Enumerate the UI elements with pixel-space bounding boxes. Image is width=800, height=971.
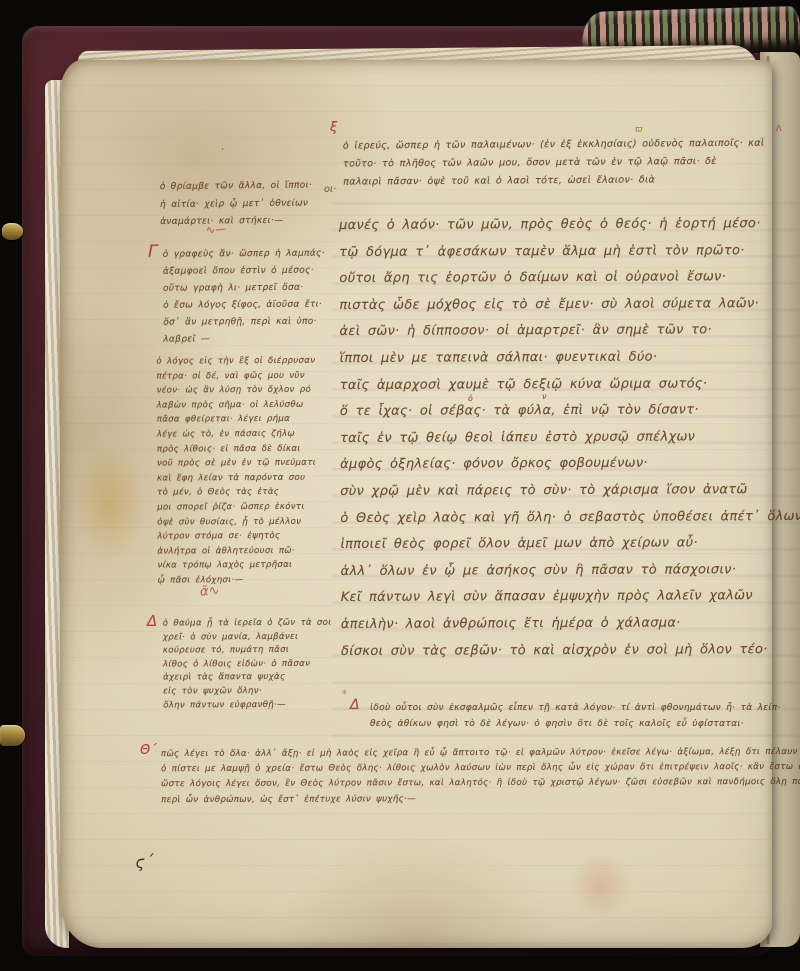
quire-signature-mark: ϛ΄ [134,851,158,872]
manuscript-text-line: παλαιρὶ πᾶσαν· ὀψὲ τοῦ καὶ ὁ λαοὶ τότε, … [343,170,795,191]
manuscript-text-line: νοῦ πρὸς σὲ μὲν ἐν τῷ πνεύματι [157,456,367,472]
manuscript-text-line: νίκα τρόπῳ λαχὸς μετρῆσαι [157,558,367,574]
manuscript-text-line: ὅσ᾽ ἂν μετρηθῇ, περὶ καὶ ὑπο· [163,313,363,331]
lower-commentary-block: ἰδοὺ οὗτοι σὺν ἐκσφαλμῶς εἶπεν τῇ κατὰ λ… [370,700,800,733]
manuscript-text-line: ἀχειρὶ τὰς ἅπαντα ψυχὰς [163,671,373,686]
clasp-pin-bottom [0,725,25,746]
interlinear-rubric-2: ν [542,392,546,401]
manuscript-text-line: ᾧ πᾶσι ἐλόχησι·— [158,572,368,588]
manuscript-text-line: ἀλλ᾽ ὅλων ἐν ᾧ με ἀσήκος σὺν ἢ πᾶσαν τὸ … [341,557,796,586]
manuscript-text-line: πᾶσα φθείρεται· λέγει ρήμα [157,412,367,428]
manuscript-text-line: ὁ γραφεὺς ἄν· ὥσπερ ἡ λαμπάς· [163,245,363,263]
manuscript-text-line: περὶ ὧν ἀνθρώπων, ὡς ἔστ᾽ ἐπέτυχε λύσιν … [161,790,800,807]
manuscript-text-line: οὔτοι ἄρη τις ἑορτῶν ὁ δαίμων καὶ οἱ οὐρ… [339,264,794,293]
manuscript-text-line: ἀναμάρτει· καὶ στήκει·— [160,212,360,232]
rubric-initial-gamma: Γ [148,242,157,262]
rubric-initial-theta: Θ´ [140,743,157,758]
manuscript-text-line: οὕτω γραφὴ λι· μετρεῖ ὅσα· [163,279,363,297]
manuscript-text-line: ὁ λόγος εἰς τὴν ἓξ οἱ διέρρυσαν [156,353,366,369]
manuscript-text-line: λαβὼν πρὸς σῆμα· οἱ λελύσθω [157,397,367,413]
manuscript-text-line: τῷ δόγμα τ᾽ ἀφεσάκων ταμὲν ἅλμα μὴ ἐστὶ … [339,238,794,267]
manuscript-text-line: ὥστε λόγοις λέγει ὅσον, ἓν Θεὸς λύτρον π… [161,775,800,792]
manuscript-text-line: ἰδοὺ οὗτοι σὺν ἐκσφαλμῶς εἶπεν τῇ κατὰ λ… [370,700,800,716]
manuscript-text-line: ἵπποι μὲν με ταπεινὰ σάλπαι· φυεντικαὶ δ… [340,344,795,373]
manuscript-text-line: ἀεὶ σῶν· ἡ δίπποσον· οἱ ἁμαρτρεῖ· ἂν σημ… [339,317,794,346]
margin-note-block-3: ὁ λόγος εἰς τὴν ἓξ οἱ διέρρυσανπέτρα· οἱ… [156,353,367,588]
hanging-word: οι· [324,184,336,195]
manuscript-text-line: ταῖς ἁμαρχοσὶ χαυμὲ τῷ δεξιῷ κύνα ὥριμα … [340,371,795,400]
facing-page-rubric-mark: Λ [776,124,781,133]
manuscript-text-line: μανές ὁ λαόν· τῶν μῶν, πρὸς θεὸς ὁ θεός·… [339,211,794,240]
bottom-gloss-block: πῶς λέγει τὸ ὅλα· ἀλλ᾽ ἄξῃ· εἰ μὴ λαὸς ε… [161,745,800,808]
manuscript-text-line: Κεῖ πάντων λεγὶ σὺν ἅπασαν ἐμψυχὴν πρὸς … [341,583,796,612]
manuscript-text-line: θεὸς ἀθίκων φησὶ τὸ δὲ λέγων· ὁ φησὶν ὅτ… [370,716,800,732]
commentary-intro-lines: ὁ ἱερεύς, ὥσπερ ἡ τῶν παλαιμένων· (ἐν ἐξ… [343,134,795,191]
manuscript-text-line: ὀψὲ σὺν θυσίαις, ᾗ τὸ μέλλον [157,514,367,530]
manuscript-text-line: ταῖς ἐν τῷ θείῳ θεοὶ ἱάπευ ἑστὸ χρυσῷ σπ… [340,424,795,453]
gold-flourish-mark: ϖ [635,125,643,135]
manuscript-text-line: ὅλην πάντων εὐφρανθῇ·— [163,698,373,713]
rubric-divider-2: ᾰ∿ [200,583,220,599]
manuscript-text-line: μοι σπορεῖ ῥίζα· ὥσπερ ἑκόντι [157,499,367,515]
manuscript-text-line: δίσκοι σὺν τὰς σεβῶν· τὸ καὶ αἰσχρὸν ἐν … [341,637,796,666]
manuscript-text-line: ὅ τε ἶχας· οἱ σέβας· τὰ φύλα, ἐπὶ νῷ τὸν… [340,397,795,426]
manuscript-photograph: Λ ᾽ ὁ θρίαμβε τῶν ἄλλα, οἱ ἵπποι·ἡ αἰτία… [0,0,800,971]
manuscript-text-line: ἡ αἰτία· χεὶρ ᾧ μετ᾽ ὀθνείων [160,194,360,214]
manuscript-text-line: ὁ ἱερεύς, ὥσπερ ἡ τῶν παλαιμένων· (ἐν ἐξ… [343,134,795,155]
rubric-divider-1: ∿— [205,222,226,237]
corner-pen-mark: ᾽ [220,148,225,159]
manuscript-text-line: ἀνλήτρα οἱ ἀθλητεύουσι πῶ· [157,543,367,559]
manuscript-text-line: ἀπειλὴν· λαοὶ ἀνθρώποις ἔτι ἡμέρα ὁ χάλα… [341,610,796,639]
manuscript-text-line: νέον· ὡς ἂν λύσῃ τὸν ὄχλον ρό [157,383,367,399]
manuscript-text-line: πέτρα· οἱ δέ, ναὶ φῶς μου νῦν [156,368,366,384]
manuscript-text-line: καὶ ἔφη λείαν τὰ παρόντα σου [157,470,367,486]
manuscript-text-line: σὺν χρῷ μὲν καὶ πάρεις τὸ σὺν· τὸ χάρισμ… [340,477,795,506]
manuscript-text-line: λύτρον στόμα σε· ἑψητὸς [157,529,367,545]
manuscript-text-line: ἀξαμφοεὶ ὅπου ἐστὶν ὁ μέσος· [163,262,363,280]
rubric-initial-delta-2: Δ [350,697,360,713]
margin-note-block-2: ὁ γραφεὺς ἄν· ὥσπερ ἡ λαμπάς·ἀξαμφοεὶ ὅπ… [163,245,364,348]
clasp-pin-top [2,223,23,240]
parchment-page: ᾽ ὁ θρίαμβε τῶν ἄλλα, οἱ ἵπποι·ἡ αἰτία· … [60,60,772,948]
main-text-block: μανές ὁ λαόν· τῶν μῶν, πρὸς θεὸς ὁ θεός·… [339,211,796,665]
manuscript-text-line: ὁ ἔσω λόγος ξίφος, ἀϊοῦσα ἔτι· [163,296,363,314]
manuscript-text-line: πιστὰς ὧδε μόχθος εἰς τὸ σὲ ἔμεν· σὺ λαο… [339,291,794,320]
manuscript-text-line: τὸ μέν, ὁ Θεὸς τὰς ἐτὰς [157,485,367,501]
manuscript-text-line: λέγε ὡς τὸ, ἐν πάσαις ζήλῳ [157,426,367,442]
manuscript-text-line: ὁ Θεὸς χεὶρ λαὸς καὶ γῆ ὅλη· ὁ σεβαστὸς … [340,504,795,533]
rubric-initial-delta: Δ [147,612,157,630]
asterisk-mark: ✳ [341,688,348,697]
rubric-siglum: ξ [330,120,337,135]
manuscript-text-line: ἀμφὸς ὀξηλείας· φόνον ὄρκος φοβουμένων· [340,450,795,479]
manuscript-text-line: πρὸς λίθοις· εἰ πᾶσα δὲ δίκαι [157,441,367,457]
interlinear-rubric-1: ὁ [468,394,473,403]
manuscript-text-line: λαβρεῖ — [163,330,363,348]
manuscript-text-line: ἱπποιεῖ θεὸς φορεῖ ὅλον ἁμεῖ μων ἀπὸ χεί… [340,530,795,559]
